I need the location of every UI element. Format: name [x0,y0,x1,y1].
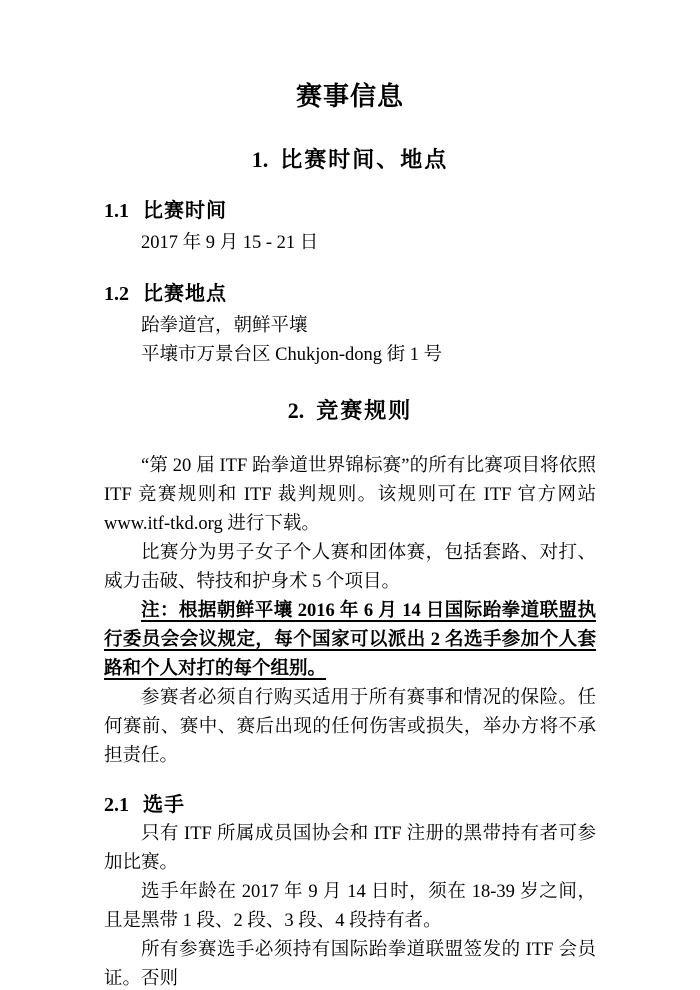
membership-paragraph: 只有 ITF 所属成员国协会和 ITF 注册的黑带持有者可参加比赛。 [104,820,596,878]
note-paragraph: 注：根据朝鲜平壤 2016 年 6 月 14 日国际跆拳道联盟执行委员会会议规定… [104,597,596,684]
subsection-1-2-number: 1.2 [104,280,143,309]
competition-dates-text: 2017 年 9 月 15 - 21 日 [104,229,596,258]
section-2-number: 2. [288,398,305,423]
section-2-title: 竞赛规则 [316,398,412,423]
age-requirement-paragraph: 选手年龄在 2017 年 9 月 14 日时，须在 18-39 岁之间，且是黑带… [104,878,596,936]
subsection-1-1-number: 1.1 [104,197,143,226]
subsection-1-1-heading: 1.1比赛时间 [104,197,596,226]
subsection-2-1-heading: 2.1选手 [104,791,596,820]
document-title: 赛事信息 [104,80,596,114]
venue-name-text: 跆拳道宫，朝鲜平壤 [104,312,596,341]
subsection-2-1-number: 2.1 [104,791,143,820]
subsection-2-1-title: 选手 [143,794,185,816]
subsection-1-1-title: 比赛时间 [143,200,227,222]
subsection-1-2-title: 比赛地点 [143,283,227,305]
rules-paragraph: “第 20 届 ITF 跆拳道世界锦标赛”的所有比赛项目将依照 ITF 竞赛规则… [104,452,596,539]
section-1-heading: 1.比赛时间、地点 [104,145,596,175]
subsection-1-2-heading: 1.2比赛地点 [104,280,596,309]
section-2-heading: 2.竞赛规则 [104,396,596,426]
venue-address-text: 平壤市万景台区 Chukjon-dong 街 1 号 [104,341,596,370]
document-page: 赛事信息 1.比赛时间、地点 1.1比赛时间 2017 年 9 月 15 - 2… [0,0,700,990]
insurance-paragraph: 参赛者必须自行购买适用于所有赛事和情况的保险。任何赛前、赛中、赛后出现的任何伤害… [104,684,596,771]
section-1-number: 1. [252,147,269,172]
certificate-paragraph: 所有参赛选手必须持有国际跆拳道联盟签发的 ITF 会员证。否则 [104,936,596,990]
events-paragraph: 比赛分为男子女子个人赛和团体赛，包括套路、对打、威力击破、特技和护身术 5 个项… [104,539,596,597]
section-1-title: 比赛时间、地点 [280,147,448,172]
